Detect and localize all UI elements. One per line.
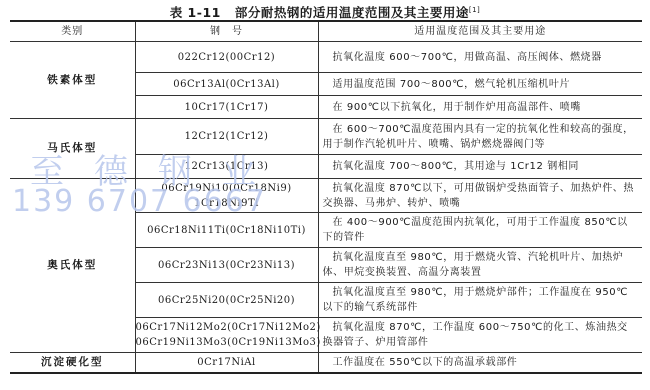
header-grade: 钢 号 xyxy=(135,21,318,42)
grade-cell: 10Cr17(1Cr17) xyxy=(135,96,318,119)
grade-cell: 06Cr19Ni10(0Cr18Ni9)1Cr18Ni9Ti xyxy=(135,179,318,213)
usage-cell: 抗氧化温度 870℃，工作温度 600～750℃的化工、炼油热交换器管子、炉用管… xyxy=(318,318,642,353)
table-row: 奥氏体型 06Cr19Ni10(0Cr18Ni9)1Cr18Ni9Ti 抗氧化温… xyxy=(10,179,642,213)
table-title: 表 1-11部分耐热钢的适用温度范围及其主要用途[1] xyxy=(0,3,650,21)
grade-cell: 06Cr25Ni20(0Cr25Ni20) xyxy=(135,283,318,318)
table-caption: 部分耐热钢的适用温度范围及其主要用途 xyxy=(235,5,469,20)
heat-resistant-steel-table: 类别 钢 号 适用温度范围及其主要用途 铁素体型 022Cr12(00Cr12)… xyxy=(10,20,642,374)
usage-cell: 在 600～700℃温度范围内具有一定的抗氧化性和较高的强度，用于制作汽轮机叶片… xyxy=(318,119,642,155)
grade-cell: 06Cr13Al(0Cr13Al) xyxy=(135,73,318,96)
category-ferritic: 铁素体型 xyxy=(10,42,135,119)
table-row: 沉淀硬化型 0Cr17NiAl 工作温度在 550℃以下的高温承载部件 xyxy=(10,353,642,373)
grade-cell: 12Cr13(1Cr13) xyxy=(135,155,318,179)
usage-cell: 抗氧化温度 600～700℃，用做高温、高压阀体、燃烧器 xyxy=(318,42,642,73)
table-row: 铁素体型 022Cr12(00Cr12) 抗氧化温度 600～700℃，用做高温… xyxy=(10,42,642,73)
usage-cell: 抗氧化温度直至 980℃，用于燃烧炉部件；工作温度在 950℃以下的输气系统部件 xyxy=(318,283,642,318)
footnote-marker: [1] xyxy=(469,6,480,14)
usage-cell: 抗氧化温度直至 980℃，用于燃烧火管、汽轮机叶片、加热炉体、甲烷变换装置、高温… xyxy=(318,248,642,283)
grade-cell: 06Cr23Ni13(0Cr23Ni13) xyxy=(135,248,318,283)
grade-cell: 06Cr18Ni11Ti(0Cr18Ni10Ti) xyxy=(135,213,318,248)
grade-cell: 12Cr12(1Cr12) xyxy=(135,119,318,155)
usage-cell: 抗氧化温度 870℃以下，可用做锅炉受热面管子、加热炉件、热交换器、马弗炉、转炉… xyxy=(318,179,642,213)
table-header-row: 类别 钢 号 适用温度范围及其主要用途 xyxy=(10,21,642,42)
header-usage: 适用温度范围及其主要用途 xyxy=(318,21,642,42)
table-number: 表 1-11 xyxy=(170,5,221,20)
grade-cell: 022Cr12(00Cr12) xyxy=(135,42,318,73)
category-precipitation-hardening: 沉淀硬化型 xyxy=(10,353,135,373)
category-martensitic: 马氏体型 xyxy=(10,119,135,179)
usage-cell: 抗氧化温度 700～800℃，其用途与 1Cr12 钢相同 xyxy=(318,155,642,179)
grade-cell: 06Cr17Ni12Mo2(0Cr17Ni12Mo2)06Cr19Ni13Mo3… xyxy=(135,318,318,353)
usage-cell: 在 400～900℃温度范围内抗氧化，可用于工作温度 850℃以下的管件 xyxy=(318,213,642,248)
header-category: 类别 xyxy=(10,21,135,42)
usage-cell: 适用温度范围 700～800℃，燃气轮机压缩机叶片 xyxy=(318,73,642,96)
table-row: 马氏体型 12Cr12(1Cr12) 在 600～700℃温度范围内具有一定的抗… xyxy=(10,119,642,155)
usage-cell: 在 900℃以下抗氧化，用于制作炉用高温部件、喷嘴 xyxy=(318,96,642,119)
usage-cell: 工作温度在 550℃以下的高温承载部件 xyxy=(318,353,642,373)
grade-cell: 0Cr17NiAl xyxy=(135,353,318,373)
category-austenitic: 奥氏体型 xyxy=(10,179,135,353)
